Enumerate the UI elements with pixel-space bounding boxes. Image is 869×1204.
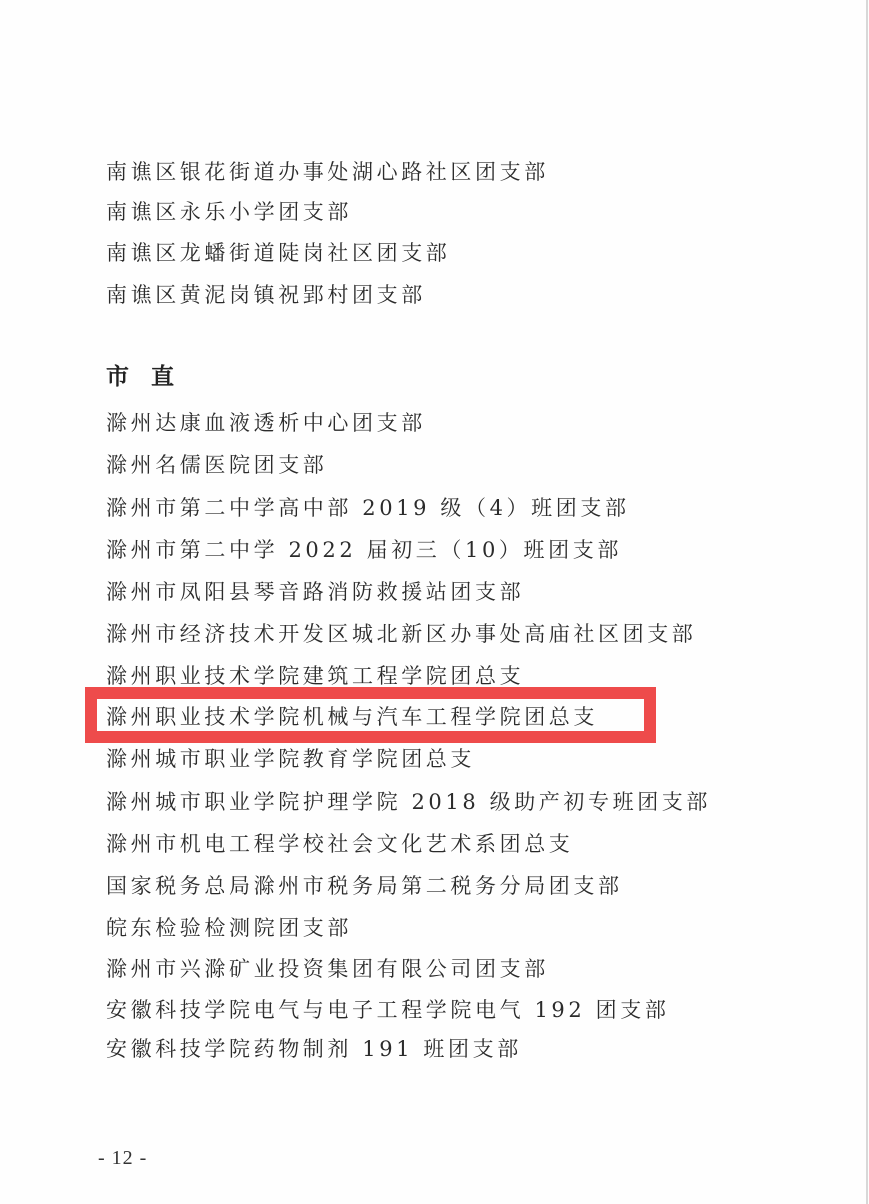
list-item: 滁州达康血液透析中心团支部 <box>106 409 426 437</box>
page-number: - 12 - <box>98 1147 147 1170</box>
list-item: 滁州名儒医院团支部 <box>106 451 327 479</box>
list-item: 滁州城市职业学院教育学院团总支 <box>106 745 475 773</box>
list-item: 安徽科技学院药物制剂 191 班团支部 <box>106 1035 522 1063</box>
list-item: 滁州市兴滁矿业投资集团有限公司团支部 <box>106 955 549 983</box>
list-item: 滁州市第二中学 2022 届初三（10）班团支部 <box>106 536 622 564</box>
list-item-highlighted: 滁州职业技术学院机械与汽车工程学院团总支 <box>106 703 598 731</box>
list-item: 南谯区银花街道办事处湖心路社区团支部 <box>106 158 549 186</box>
page-edge-divider <box>866 0 868 1204</box>
list-item: 皖东检验检测院团支部 <box>106 914 352 942</box>
list-item: 南谯区黄泥岗镇祝郢村团支部 <box>106 281 426 309</box>
list-item: 滁州市经济技术开发区城北新区办事处高庙社区团支部 <box>106 620 696 648</box>
list-item: 滁州市机电工程学校社会文化艺术系团总支 <box>106 830 573 858</box>
list-item: 滁州市凤阳县琴音路消防救援站团支部 <box>106 578 524 606</box>
list-item: 滁州城市职业学院护理学院 2018 级助产初专班团支部 <box>106 788 711 816</box>
list-item: 南谯区永乐小学团支部 <box>106 198 352 226</box>
section-heading-shizhi: 市直 <box>106 362 196 392</box>
list-item: 安徽科技学院电气与电子工程学院电气 192 团支部 <box>106 996 669 1024</box>
list-item: 滁州职业技术学院建筑工程学院团总支 <box>106 662 524 690</box>
list-item: 国家税务总局滁州市税务局第二税务分局团支部 <box>106 872 623 900</box>
list-item: 南谯区龙蟠街道陡岗社区团支部 <box>106 239 450 267</box>
list-item: 滁州市第二中学高中部 2019 级（4）班团支部 <box>106 494 630 522</box>
document-page: 南谯区银花街道办事处湖心路社区团支部 南谯区永乐小学团支部 南谯区龙蟠街道陡岗社… <box>0 0 869 1204</box>
